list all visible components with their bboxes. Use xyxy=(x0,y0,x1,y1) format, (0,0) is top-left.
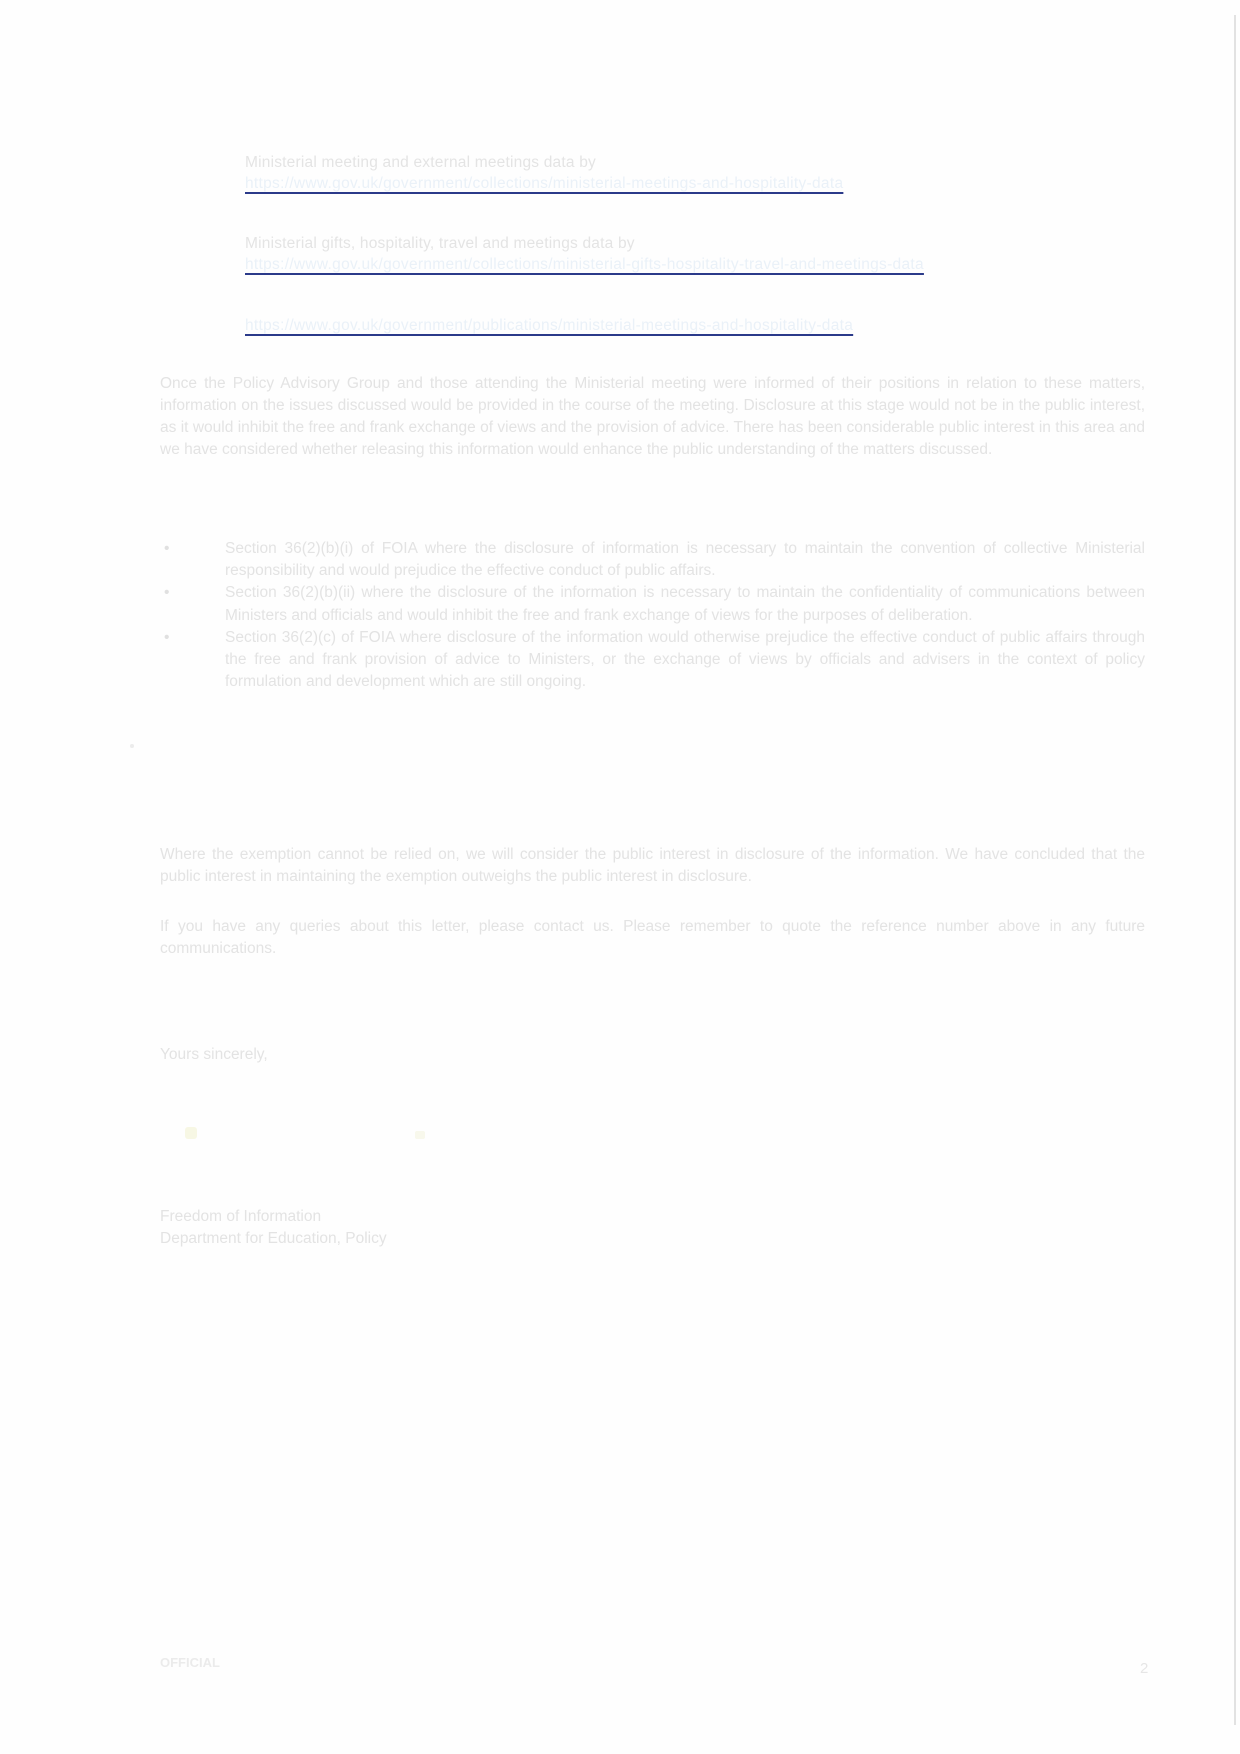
body-paragraph-1: Once the Policy Advisory Group and those… xyxy=(160,373,1145,462)
document-page: Ministerial meeting and external meeting… xyxy=(0,0,1240,1754)
reference-link-block-2: Ministerial gifts, hospitality, travel a… xyxy=(245,233,924,275)
exemption-item: • Section 36(2)(c) of FOIA where disclos… xyxy=(160,627,1145,694)
signature-mark xyxy=(415,1131,425,1139)
body-paragraph-2: Where the exemption cannot be relied on,… xyxy=(160,844,1145,888)
link-caption: Ministerial gifts, hospitality, travel a… xyxy=(245,233,924,254)
bullet-icon: • xyxy=(164,627,169,649)
exemption-item: • Section 36(2)(b)(ii) where the disclos… xyxy=(160,582,1145,626)
reference-link-block-3: https://www.gov.uk/government/publicatio… xyxy=(245,315,853,336)
reference-link[interactable]: https://www.gov.uk/government/publicatio… xyxy=(245,315,853,336)
exemption-list: • Section 36(2)(b)(i) of FOIA where the … xyxy=(160,538,1145,693)
reference-link-block-1: Ministerial meeting and external meeting… xyxy=(245,152,843,194)
signature-mark xyxy=(185,1127,197,1139)
exemption-text: Section 36(2)(b)(ii) where the disclosur… xyxy=(225,584,1145,623)
link-caption: Ministerial meeting and external meeting… xyxy=(245,152,843,173)
footer-classification: OFFICIAL xyxy=(160,1655,220,1670)
body-paragraph-3: If you have any queries about this lette… xyxy=(160,916,1145,960)
reference-link[interactable]: https://www.gov.uk/government/collection… xyxy=(245,254,924,275)
sign-off: Yours sincerely, xyxy=(160,1046,268,1064)
bullet-icon: • xyxy=(164,538,169,560)
page-number: 2 xyxy=(1140,1660,1148,1677)
reference-link[interactable]: https://www.gov.uk/government/collection… xyxy=(245,173,843,194)
signer-name: Freedom of Information xyxy=(160,1208,321,1226)
bullet-icon: • xyxy=(164,582,169,604)
scan-edge-line xyxy=(1234,15,1236,1725)
signer-title: Department for Education, Policy xyxy=(160,1230,387,1248)
exemption-text: Section 36(2)(c) of FOIA where disclosur… xyxy=(225,629,1145,690)
exemption-item: • Section 36(2)(b)(i) of FOIA where the … xyxy=(160,538,1145,582)
scan-artifact xyxy=(130,744,134,748)
exemption-text: Section 36(2)(b)(i) of FOIA where the di… xyxy=(225,540,1145,579)
